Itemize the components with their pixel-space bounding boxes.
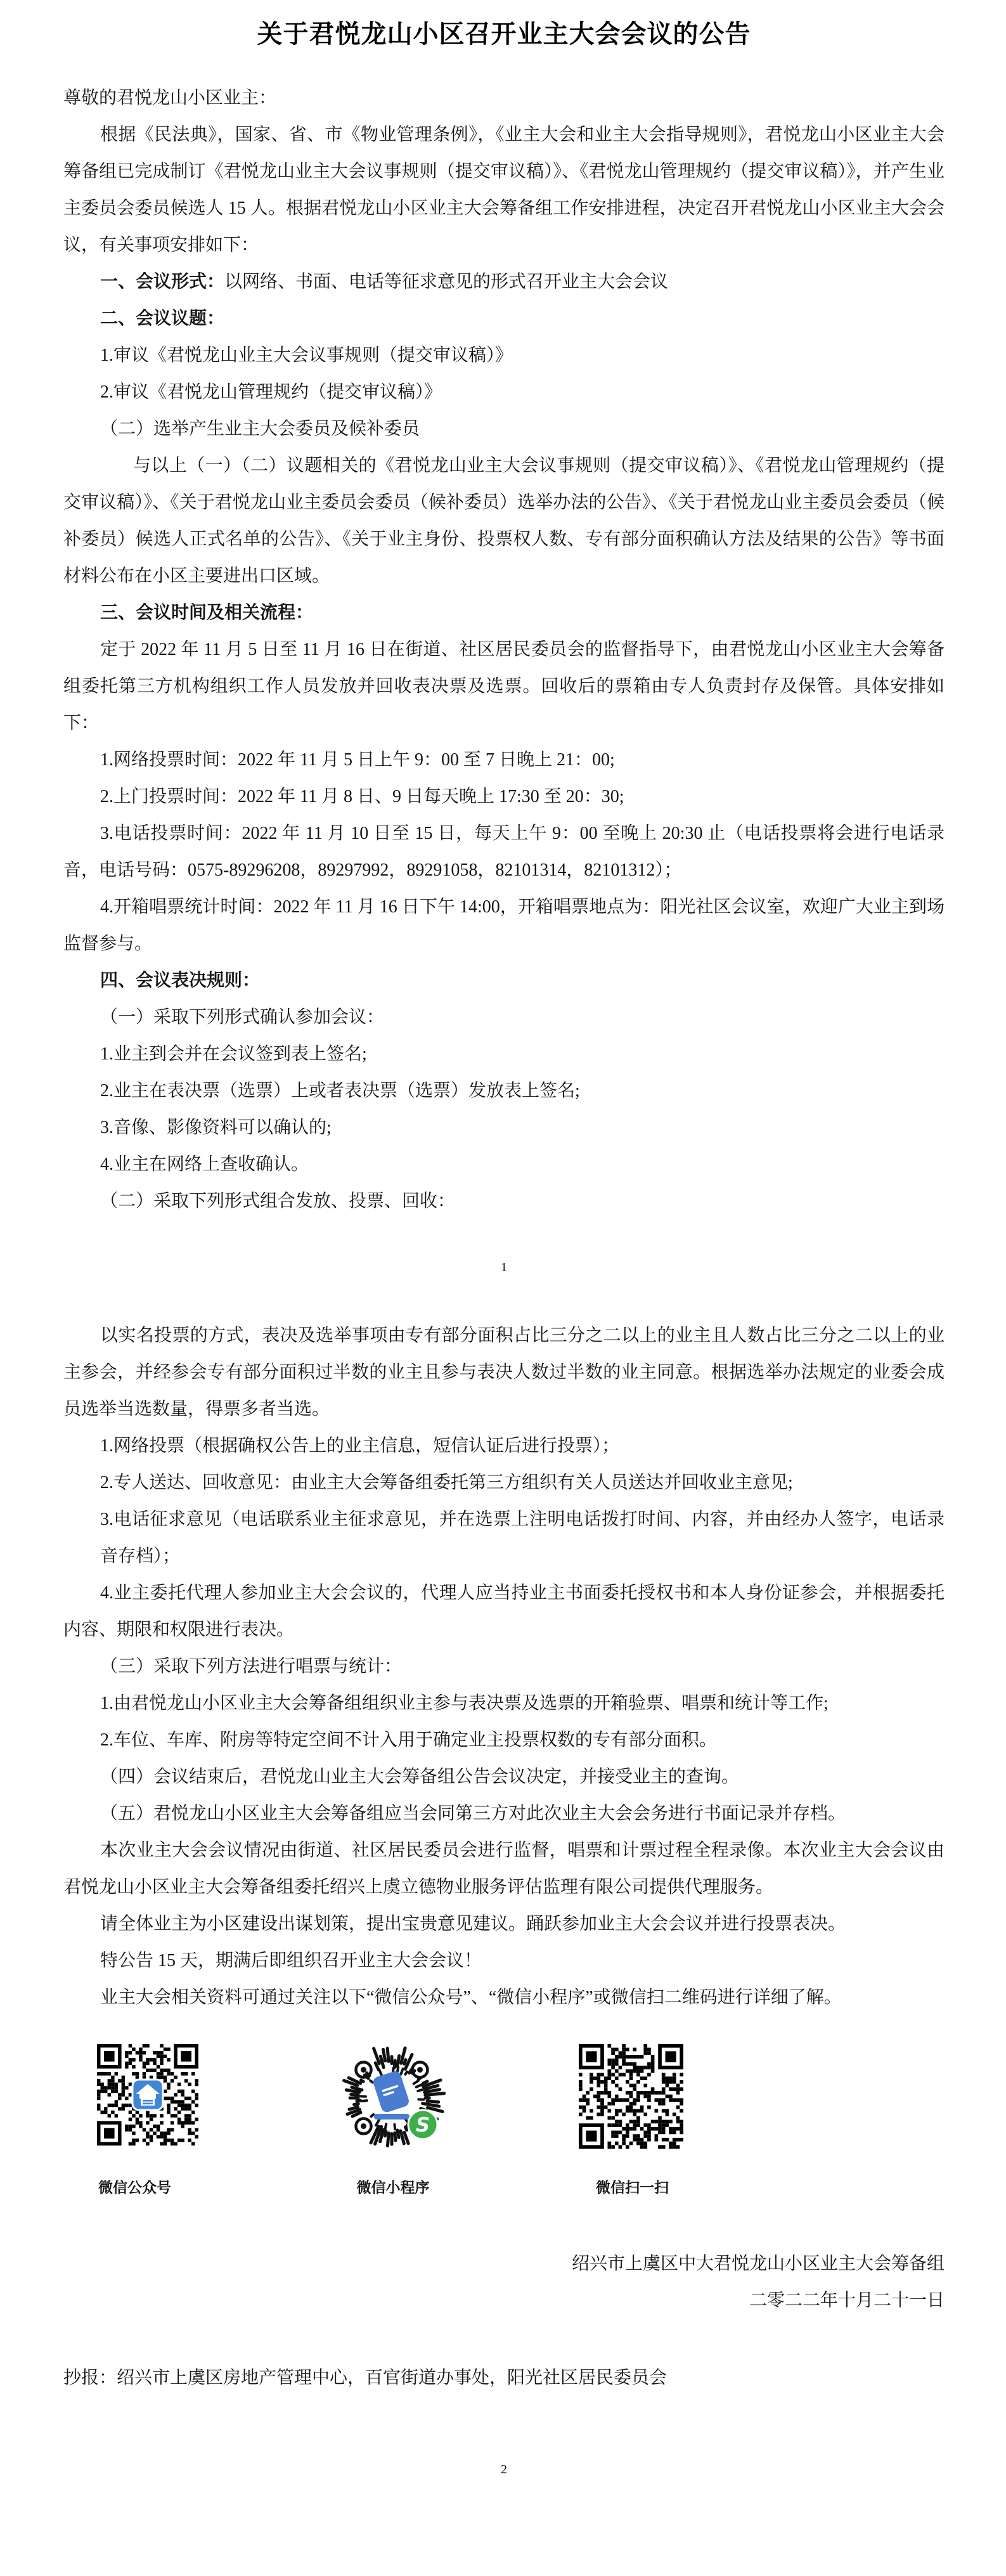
- para-wechat-info: 业主大会相关资料可通过关注以下“微信公众号”、“微信小程序”或微信扫二维码进行详…: [63, 1979, 945, 2016]
- qr-mini-program: S: [338, 2044, 446, 2152]
- method-item-4: 4.业主委托代理人参加业主大会会议的，代理人应当持业主书面委托授权书和本人身份证…: [63, 1575, 945, 1648]
- para-schedule: 定于 2022 年 11 月 5 日至 11 月 16 日在街道、社区居民委员会…: [63, 631, 945, 742]
- rule-c-item-1: 1.由君悦龙山小区业主大会筹备组组织业主参与表决票及选票的开箱验票、唱票和统计等…: [63, 1685, 945, 1722]
- section-1-heading: 一、会议形式：: [100, 272, 224, 292]
- qr-label-official-account: 微信公众号: [98, 2178, 200, 2197]
- document-title: 关于君悦龙山小区召开业主大会会议的公告: [63, 0, 945, 52]
- para-voting-threshold: 以实名投票的方式，表决及选举事项由专有部分面积占比三分之二以上的业主且人数占比三…: [63, 1317, 945, 1428]
- schedule-item-1: 1.网络投票时间：2022 年 11 月 5 日上午 9：00 至 7 日晚上 …: [63, 742, 945, 779]
- section-3-heading: 三、会议时间及相关流程：: [63, 595, 945, 631]
- para-appeal: 请全体业主为小区建设出谋划策，提出宝贵意见建议。踊跃参加业主大会会议并进行投票表…: [63, 1906, 945, 1943]
- page-number-2: 2: [63, 2460, 945, 2479]
- agenda-item-2: 2.审议《君悦龙山管理规约（提交审议稿）》: [63, 374, 945, 411]
- schedule-item-3: 3.电话投票时间：2022 年 11 月 10 日至 15 日，每天上午 9：0…: [63, 815, 945, 889]
- qr-scan-icon: [579, 2044, 683, 2149]
- section-1-text: 以网络、书面、电话等征求意见的形式召开业主大会会议: [224, 272, 668, 292]
- qr-label-scan: 微信扫一扫: [580, 2178, 685, 2197]
- agenda-item-1: 1.审议《君悦龙山业主大会议事规则（提交审议稿）》: [63, 337, 945, 374]
- miniprogram-logo-badge: S: [408, 2110, 437, 2139]
- para-supervision: 本次业主大会会议情况由街道、社区居民委员会进行监督，唱票和计票过程全程录像。本次…: [63, 1832, 945, 1906]
- agenda-item-election: （二）选举产生业主大会委员及候补委员: [63, 411, 945, 448]
- salutation: 尊敬的君悦龙山小区业主：: [63, 80, 945, 117]
- rule-a-item-2: 2.业主在表决票（选票）上或者表决票（选票）发放表上签名;: [63, 1073, 945, 1110]
- para-notice-days: 特公告 15 天，期满后即组织召开业主大会会议！: [63, 1943, 945, 1979]
- page-number-1: 1: [63, 1258, 945, 1277]
- method-item-1: 1.网络投票（根据确权公告上的业主信息，短信认证后进行投票）；: [63, 1428, 945, 1465]
- rule-d-line: （四）会议结束后，君悦龙山业主大会筹备组公告会议决定，并接受业主的查询。: [63, 1759, 945, 1796]
- para-related-materials: 与以上（一）（二）议题相关的《君悦龙山业主大会议事规则（提交审议稿）》、《君悦龙…: [63, 448, 945, 595]
- qr-official-account: [97, 2044, 198, 2146]
- para-legal-basis: 根据《民法典》，国家、省、市《物业管理条例》，《业主大会和业主大会指导规则》，君…: [63, 117, 945, 264]
- rule-c-heading: （三）采取下列方法进行唱票与统计：: [63, 1648, 945, 1685]
- qr-official-account-icon: [97, 2044, 198, 2146]
- schedule-item-2: 2.上门投票时间：2022 年 11 月 8 日、9 日每天晚上 17:30 至…: [63, 779, 945, 815]
- rule-e-line: （五）君悦龙山小区业主大会筹备组应当会同第三方对此次业主大会会务进行书面记录并存…: [63, 1796, 945, 1832]
- schedule-item-4: 4.开箱唱票统计时间：2022 年 11 月 16 日下午 14:00，开箱唱票…: [63, 889, 945, 962]
- section-1-line: 一、会议形式：以网络、书面、电话等征求意见的形式召开业主大会会议: [63, 264, 945, 301]
- rule-b-heading: （二）采取下列形式组合发放、投票、回收：: [63, 1183, 945, 1220]
- section-2-heading: 二、会议议题：: [63, 301, 945, 337]
- cc-line: 抄报：绍兴市上虞区房地产管理中心，百官街道办事处，阳光社区居民委员会: [63, 2360, 945, 2397]
- rule-a-heading: （一）采取下列形式确认参加会议：: [63, 999, 945, 1036]
- mini-program-code-icon: S: [338, 2044, 446, 2152]
- svg-text:S: S: [416, 2114, 430, 2137]
- qr-scan: [579, 2044, 683, 2149]
- page-2: 以实名投票的方式，表决及选举事项由专有部分面积占比三分之二以上的业主且人数占比三…: [63, 1317, 945, 2479]
- method-item-3: 3.电话征求意见（电话联系业主征求意见，并在选票上注明电话拨打时间、内容，并由经…: [63, 1501, 945, 1575]
- announcement-document: 关于君悦龙山小区召开业主大会会议的公告 尊敬的君悦龙山小区业主： 根据《民法典》…: [0, 0, 1006, 2479]
- signature-date: 二零二二年十月二十一日: [63, 2282, 945, 2319]
- method-item-2: 2.专人送达、回收意见：由业主大会筹备组委托第三方组织有关人员送达并回收业主意见…: [63, 1465, 945, 1501]
- qr-label-row: 微信公众号 微信小程序 微信扫一扫: [63, 2178, 945, 2197]
- section-4-heading: 四、会议表决规则：: [63, 962, 945, 999]
- rule-a-item-4: 4.业主在网络上查收确认。: [63, 1146, 945, 1183]
- house-icon: [132, 2080, 163, 2110]
- signature-organization: 绍兴市上虞区中大君悦龙山小区业主大会筹备组: [63, 2246, 945, 2282]
- qr-label-mini-program: 微信小程序: [339, 2178, 447, 2197]
- rule-a-item-3: 3.音像、影像资料可以确认的;: [63, 1110, 945, 1146]
- rule-c-item-2: 2.车位、车库、附房等特定空间不计入用于确定业主投票权数的专有部分面积。: [63, 1722, 945, 1759]
- rule-a-item-1: 1.业主到会并在会议签到表上签名;: [63, 1036, 945, 1073]
- qr-code-row: S: [63, 2044, 945, 2156]
